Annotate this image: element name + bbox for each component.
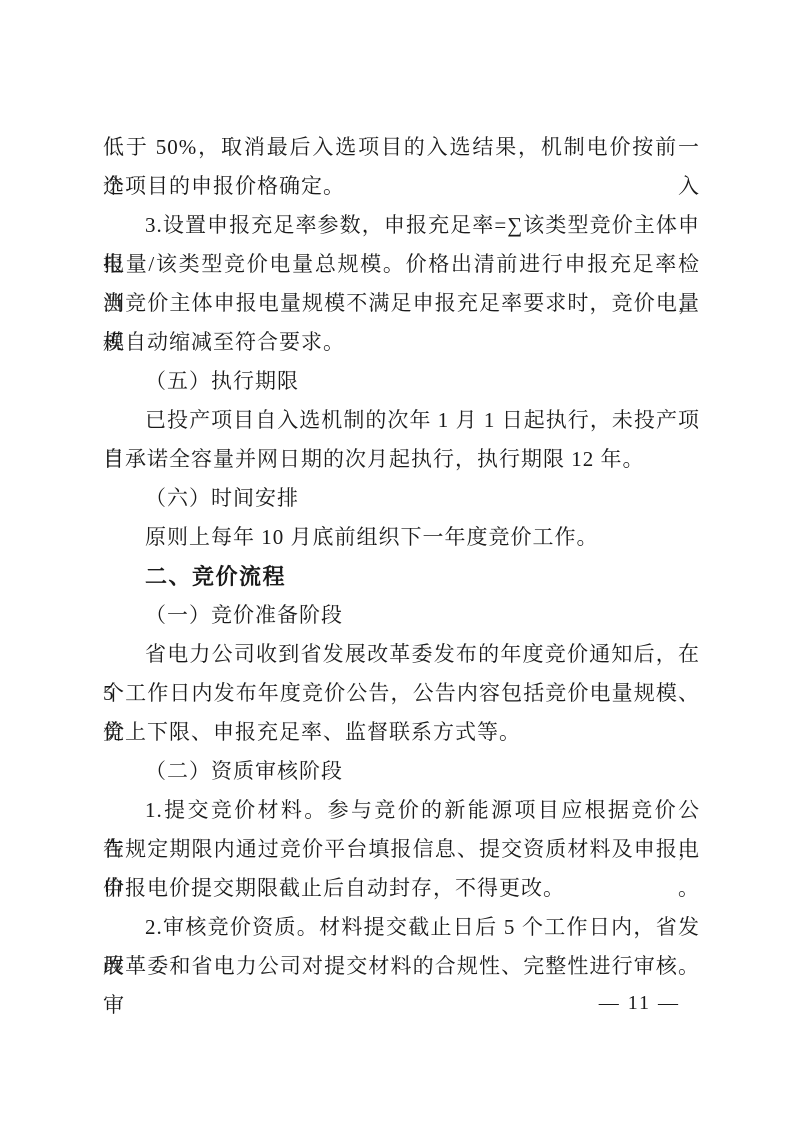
text-line: 当竞价主体申报电量规模不满足申报充足率要求时，竞价电量规 — [103, 284, 700, 323]
text-line: 改革委和省电力公司对提交材料的合规性、完整性进行审核。审 — [103, 947, 700, 986]
text-line: 3.设置申报充足率参数，申报充足率=∑该类型竞价主体申报 — [103, 206, 700, 245]
text-line: 省电力公司收到省发展改革委发布的年度竞价通知后，在 5 — [103, 635, 700, 674]
subsection-heading: （五）执行期限 — [103, 362, 700, 401]
text-line: 在规定期限内通过竞价平台填报信息、提交资质材料及申报电价。 — [103, 830, 700, 869]
text-line: 个工作日内发布年度竞价公告，公告内容包括竞价电量规模、竞 — [103, 674, 700, 713]
document-body: 低于 50%，取消最后入选项目的入选结果，机制电价按前一个入 选项目的申报价格确… — [103, 128, 700, 986]
text-line: 价上下限、申报充足率、监督联系方式等。 — [103, 713, 700, 752]
subsection-heading: （六）时间安排 — [103, 479, 700, 518]
text-line: 1.提交竞价材料。参与竞价的新能源项目应根据竞价公告， — [103, 791, 700, 830]
text-line: 低于 50%，取消最后入选项目的入选结果，机制电价按前一个入 — [103, 128, 700, 167]
text-line: 模自动缩减至符合要求。 — [103, 323, 700, 362]
text-line: 原则上每年 10 月底前组织下一年度竞价工作。 — [103, 518, 700, 557]
section-heading: 二、竞价流程 — [103, 557, 700, 596]
document-page: 低于 50%，取消最后入选项目的入选结果，机制电价按前一个入 选项目的申报价格确… — [0, 0, 793, 1122]
subsection-heading: （二）资质审核阶段 — [103, 752, 700, 791]
text-line: 自承诺全容量并网日期的次月起执行，执行期限 12 年。 — [103, 440, 700, 479]
subsection-heading: （一）竞价准备阶段 — [103, 596, 700, 635]
page-number: — 11 — — [103, 991, 700, 1015]
text-line: 2.审核竞价资质。材料提交截止日后 5 个工作日内，省发展 — [103, 908, 700, 947]
text-line: 电量/该类型竞价电量总规模。价格出清前进行申报充足率检测， — [103, 245, 700, 284]
text-line: 已投产项目自入选机制的次年 1 月 1 日起执行，未投产项目 — [103, 401, 700, 440]
